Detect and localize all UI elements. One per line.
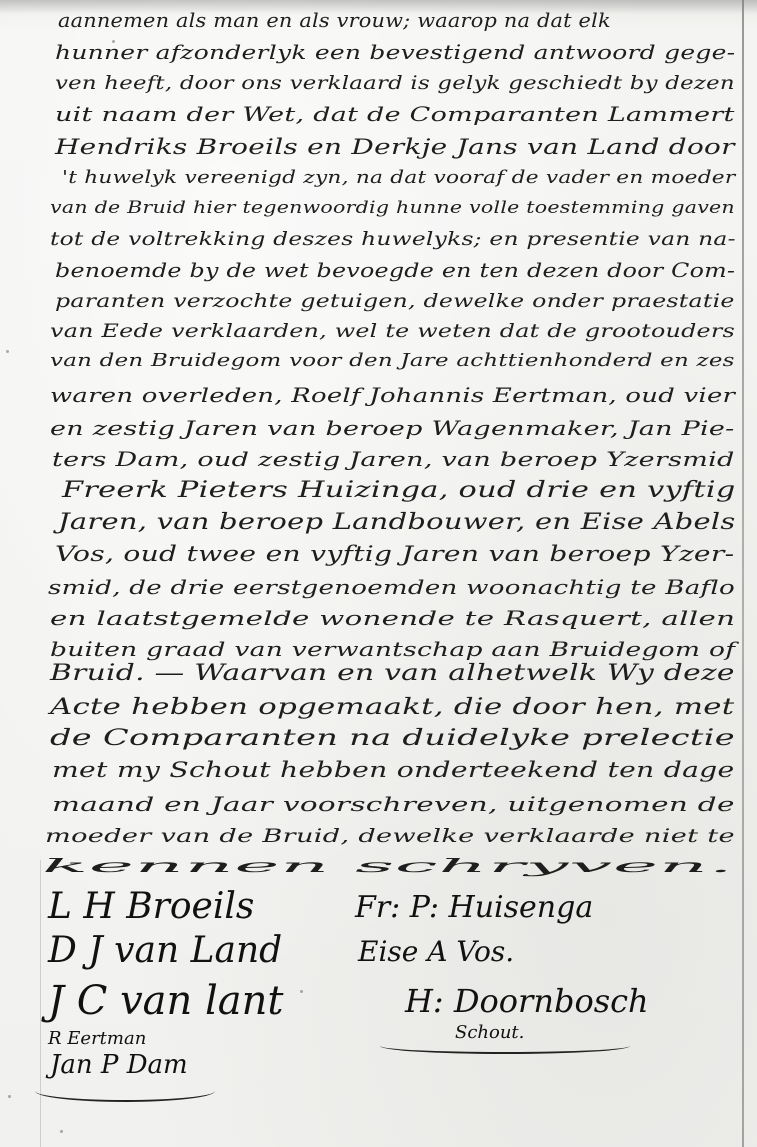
body-line: Acte hebben opgemaakt, die door hen, met: [50, 695, 734, 720]
body-line: en laatstgemelde wonende te Rasquert, al…: [50, 606, 735, 630]
body-line: Bruid. — Waarvan en van alhetwelk Wy dez…: [50, 661, 735, 686]
signature-bride: D J van Land: [48, 930, 282, 971]
signature-groom: L H Broeils: [48, 886, 254, 927]
body-line: hunner afzonderlyk een bevestigend antwo…: [55, 40, 735, 64]
body-line: kennen schryven.: [42, 855, 734, 877]
signature-witness-huisenga: Fr: P: Huisenga: [355, 890, 593, 925]
body-line: van den Bruidegom voor den Jare achttien…: [50, 350, 735, 371]
body-line: Vos, oud twee en vyftig Jaren van beroep…: [55, 542, 734, 566]
body-line: paranten verzochte getuigen, dewelke ond…: [55, 290, 735, 312]
signature-witness-dam: Jan P Dam: [50, 1050, 188, 1080]
ink-speck: [6, 350, 9, 353]
signature-schout-doornbosch: H: Doornbosch: [405, 982, 649, 1020]
ink-speck: [8, 1095, 11, 1098]
body-line: maand en Jaar voorschreven, uitgenomen d…: [52, 792, 735, 816]
body-line: Jaren, van beroep Landbouwer, en Eise Ab…: [58, 510, 735, 535]
signature-flourish: [35, 1080, 215, 1102]
signature-witness-vos: Eise A Vos.: [358, 935, 514, 968]
body-line: 't huwelyk vereenigd zyn, na dat vooraf …: [62, 167, 735, 188]
body-line: van de Bruid hier tegenwoordig hunne vol…: [50, 198, 735, 218]
body-line: aannemen als man en als vrouw; waarop na…: [58, 8, 735, 32]
ink-speck: [300, 990, 303, 993]
body-line: benoemde by de wet bevoegde en ten dezen…: [55, 258, 735, 282]
signature-witness-van-lant: J C van lant: [48, 978, 283, 1024]
body-line: ters Dam, oud zestig Jaren, van beroep Y…: [52, 447, 735, 471]
body-line: moeder van de Bruid, dewelke verklaarde …: [45, 825, 735, 847]
body-line: en zestig Jaren van beroep Wagenmaker, J…: [50, 416, 735, 440]
signature-witness-eertman: R Eertman: [48, 1028, 146, 1049]
body-line: ven heeft, door ons verklaard is gelyk g…: [55, 72, 735, 94]
margin-rule-right: [742, 0, 744, 1147]
body-line: Hendriks Broeils en Derkje Jans van Land…: [55, 135, 735, 159]
scanned-document-page: aannemen als man en als vrouw; waarop na…: [0, 0, 757, 1147]
body-line: smid, de drie eerstgenoemden woonachtig …: [48, 575, 735, 599]
body-line: met my Schout hebben onderteekend ten da…: [52, 758, 734, 782]
ink-speck: [60, 1130, 63, 1133]
body-line: buiten graad van verwantschap aan Bruide…: [50, 637, 735, 661]
body-line: tot de voltrekking deszes huwelyks; en p…: [50, 228, 736, 250]
body-line: waren overleden, Roelf Johannis Eertman,…: [50, 383, 735, 407]
body-line: uit naam der Wet, dat de Comparanten Lam…: [55, 102, 735, 126]
body-line: Freerk Pieters Huizinga, oud drie en vyf…: [62, 478, 736, 503]
body-line: de Comparanten na duidelyke prelectie: [50, 726, 735, 751]
body-line: van Eede verklaarden, wel te weten dat d…: [50, 320, 735, 342]
signature-underline: [380, 1038, 630, 1054]
margin-rule-left: [40, 860, 41, 1147]
